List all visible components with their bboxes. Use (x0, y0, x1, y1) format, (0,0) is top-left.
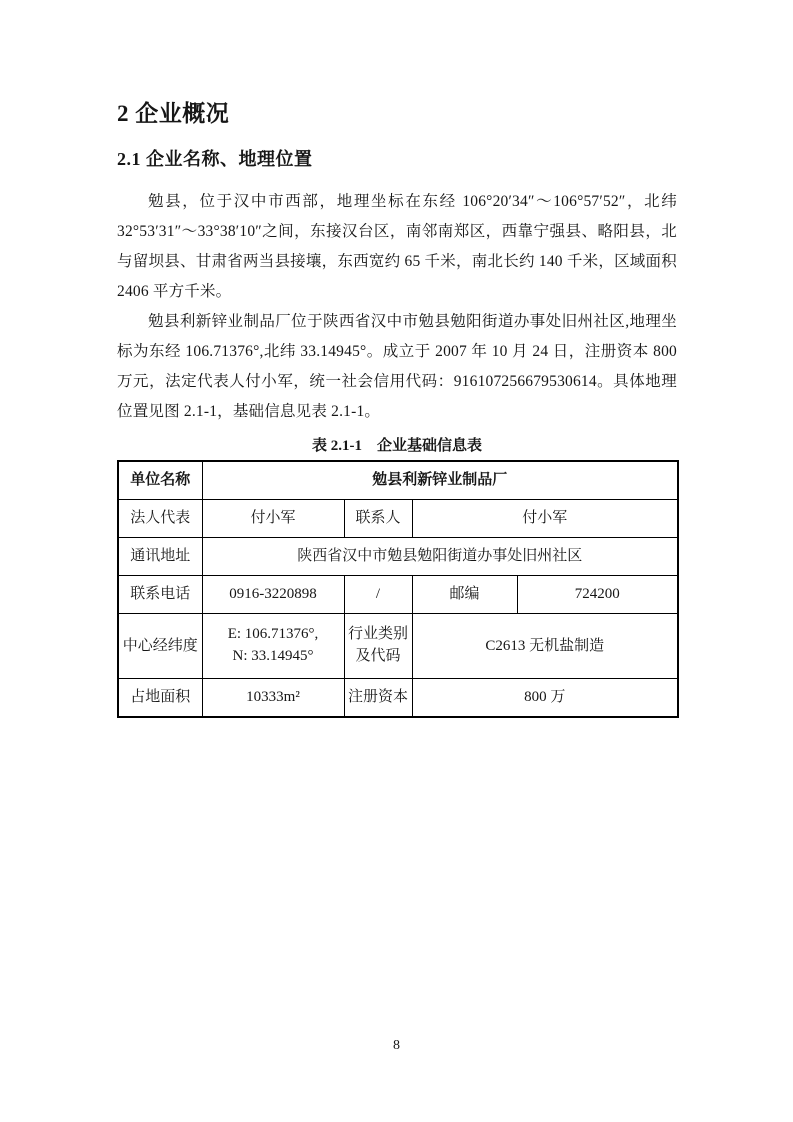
coord-east: E: 106.71376°, (206, 624, 341, 646)
cell-unit-name-value: 勉县利新锌业制品厂 (202, 461, 678, 499)
cell-postcode-label: 邮编 (412, 575, 517, 613)
cell-legal-rep-value: 付小军 (202, 499, 344, 537)
table-row: 联系电话 0916-3220898 / 邮编 724200 (118, 575, 678, 613)
table-row: 法人代表 付小军 联系人 付小军 (118, 499, 678, 537)
table-caption: 表 2.1-1 企业基础信息表 (117, 434, 677, 455)
document-page: 2 企业概况 2.1 企业名称、地理位置 勉县，位于汉中市西部，地理坐标在东经 … (0, 0, 793, 1122)
cell-phone-extra: / (344, 575, 412, 613)
cell-postcode-value: 724200 (517, 575, 678, 613)
paragraph-company-overview: 勉县利新锌业制品厂位于陕西省汉中市勉县勉阳街道办事处旧州社区,地理坐标为东经 1… (117, 307, 677, 427)
page-number: 8 (0, 1038, 793, 1054)
table-row: 单位名称 勉县利新锌业制品厂 (118, 461, 678, 499)
cell-capital-label: 注册资本 (344, 678, 412, 717)
chapter-heading: 2 企业概况 (117, 100, 677, 129)
cell-capital-value: 800 万 (412, 678, 678, 717)
paragraph-county-overview: 勉县，位于汉中市西部，地理坐标在东经 106°20′34″～106°57′52″… (117, 187, 677, 307)
industry-label-line2: 及代码 (348, 646, 409, 668)
table-row: 中心经纬度 E: 106.71376°, N: 33.14945° 行业类别 及… (118, 613, 678, 678)
cell-address-value: 陕西省汉中市勉县勉阳街道办事处旧州社区 (202, 537, 678, 575)
cell-area-label: 占地面积 (118, 678, 202, 717)
cell-center-coords-label: 中心经纬度 (118, 613, 202, 678)
cell-industry-value: C2613 无机盐制造 (412, 613, 678, 678)
cell-legal-rep-label: 法人代表 (118, 499, 202, 537)
cell-contact-person-label: 联系人 (344, 499, 412, 537)
cell-phone-label: 联系电话 (118, 575, 202, 613)
cell-industry-label: 行业类别 及代码 (344, 613, 412, 678)
page-content: 2 企业概况 2.1 企业名称、地理位置 勉县，位于汉中市西部，地理坐标在东经 … (117, 100, 677, 718)
company-basic-info-table: 单位名称 勉县利新锌业制品厂 法人代表 付小军 联系人 付小军 通讯地址 陕西省… (117, 460, 679, 718)
section-heading: 2.1 企业名称、地理位置 (117, 148, 677, 171)
table-row: 通讯地址 陕西省汉中市勉县勉阳街道办事处旧州社区 (118, 537, 678, 575)
table-row: 占地面积 10333m² 注册资本 800 万 (118, 678, 678, 717)
cell-contact-person-value: 付小军 (412, 499, 678, 537)
coord-north: N: 33.14945° (206, 646, 341, 668)
cell-center-coords-value: E: 106.71376°, N: 33.14945° (202, 613, 344, 678)
industry-label-line1: 行业类别 (348, 624, 409, 646)
cell-phone-value: 0916-3220898 (202, 575, 344, 613)
cell-address-label: 通讯地址 (118, 537, 202, 575)
cell-area-value: 10333m² (202, 678, 344, 717)
cell-unit-name-label: 单位名称 (118, 461, 202, 499)
